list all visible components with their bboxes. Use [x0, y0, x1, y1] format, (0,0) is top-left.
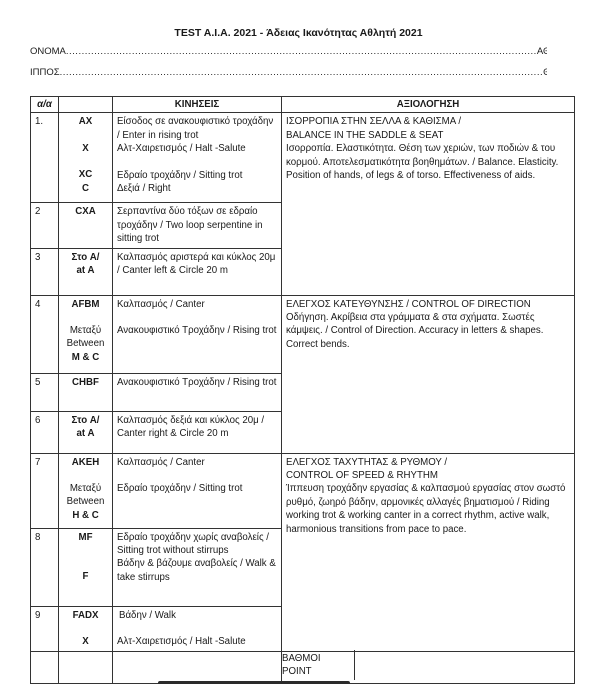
evaluation-body: Ίππευση τροχάδην εργασίας & καλπασμού ερ… [286, 482, 570, 536]
row-position: FADX X [59, 606, 113, 651]
evaluation-body: Ισορροπία. Ελαστικότητα. Θέση των χεριών… [286, 142, 570, 182]
row-number: 6 [31, 411, 59, 453]
club-label: ΑΘΛ.ΣΩΜ [537, 46, 547, 57]
row-position: AFBM Μεταξύ Between M & C [59, 295, 113, 373]
row-position: Στο A/ at A [59, 248, 113, 295]
score-sheet-table: α/α ΚΙΝΗΣΕΙΣ ΑΞΙΟΛΟΓΗΣΗ 1. AX X XC C Είσ… [30, 96, 575, 684]
evaluation-heading-en: BALANCE IN THE SADDLE & SEAT [286, 129, 570, 142]
evaluation-speed-rhythm: ΕΛΕΓΧΟΣ ΤΑΧΥΤΗΤΑΣ & ΡΥΘΜΟΥ / CONTROL OF … [282, 453, 575, 651]
row-number: 2 [31, 203, 59, 248]
evaluation-heading: ΕΛΕΓΧΟΣ ΚΑΤΕΥΘΥΝΣΗΣ / CONTROL OF DIRECTI… [286, 298, 570, 311]
points-label-gr: ΒΑΘΜΟΙ [282, 652, 350, 665]
position-between: Μεταξύ Between [63, 482, 108, 509]
points-blank-pos [59, 651, 113, 683]
points-row: ΒΑΘΜΟΙ POINT [31, 651, 575, 683]
horse-label: ΙΠΠΟΣ [30, 67, 60, 78]
name-field[interactable]: ........................................… [66, 46, 537, 57]
position-letters: F [63, 570, 108, 583]
position-letters: FADX [63, 609, 108, 622]
movement-text: Είσοδος σε ανακουφιστικό τροχάδην / Ente… [117, 115, 277, 142]
horse-field[interactable]: ........................................… [60, 67, 543, 78]
movement-text: Καλπασμός / Canter [117, 298, 277, 311]
row-movements: Καλπασμός / Canter Ανακουφιστικό Τροχάδη… [113, 295, 282, 373]
movement-text: Εδραίο τροχάδην / Sitting trot [117, 482, 277, 495]
row-position: AX X XC C [59, 113, 113, 203]
position-letters: H & C [63, 509, 108, 522]
name-club-line: ΟΝΟΜΑ...................................… [30, 46, 547, 57]
evaluation-heading-en: CONTROL OF SPEED & RHYTHM [286, 469, 570, 482]
row-number: 1. [31, 113, 59, 203]
row-position: CXA [59, 203, 113, 248]
row-number: 9 [31, 606, 59, 651]
row-movements: Ανακουφιστικό Τροχάδην / Rising trot [113, 373, 282, 411]
position-letters: XC [63, 168, 108, 181]
points-input[interactable] [355, 650, 578, 681]
row-movements: Σερπαντίνα δύο τόξων σε εδραίο τροχάδην … [113, 203, 282, 248]
row-movements: Καλπασμός αριστερά και κύκλος 20μ / Cant… [113, 248, 282, 295]
points-label: ΒΑΘΜΟΙ POINT [278, 650, 355, 681]
row-movements: Βάδην / Walk Αλτ-Χαιρετισμός / Halt -Sal… [113, 606, 282, 651]
table-row: 4 AFBM Μεταξύ Between M & C Καλπασμός / … [31, 295, 575, 373]
row-number: 7 [31, 453, 59, 528]
position-between: Μεταξύ Between [63, 324, 108, 351]
table-row: 1. AX X XC C Είσοδος σε ανακουφιστικό τρ… [31, 113, 575, 203]
evaluation-direction: ΕΛΕΓΧΟΣ ΚΑΤΕΥΘΥΝΣΗΣ / CONTROL OF DIRECTI… [282, 295, 575, 453]
row-position: MF F [59, 528, 113, 606]
header-evaluation: ΑΞΙΟΛΟΓΗΣΗ [282, 97, 575, 113]
row-number: 8 [31, 528, 59, 606]
movement-text: Βάδην & βάζουμε αναβολείς / Walk & take … [117, 557, 277, 584]
row-position: Στο A/ at A [59, 411, 113, 453]
row-movements: Εδραίο τροχάδην χωρίς αναβολείς / Sittin… [113, 528, 282, 606]
header-position [59, 97, 113, 113]
movement-text: Αλτ-Χαιρετισμός / Halt -Salute [117, 142, 277, 155]
header-no: α/α [31, 97, 59, 113]
evaluation-balance: ΙΣΟΡΡΟΠΙΑ ΣΤΗΝ ΣΕΛΛΑ & ΚΑΘΙΣΜΑ / BALANCE… [282, 113, 575, 295]
movement-text: Ανακουφιστικό Τροχάδην / Rising trot [117, 324, 277, 337]
row-movements: Καλπασμός / Canter Εδραίο τροχάδην / Sit… [113, 453, 282, 528]
evaluation-heading: ΕΛΕΓΧΟΣ ΤΑΧΥΤΗΤΑΣ & ΡΥΘΜΟΥ / [286, 456, 570, 469]
header-movements: ΚΙΝΗΣΕΙΣ [113, 97, 282, 113]
row-movements: Είσοδος σε ανακουφιστικό τροχάδην / Ente… [113, 113, 282, 203]
position-letters: AKEH [63, 456, 108, 469]
row-number: 3 [31, 248, 59, 295]
movement-text: Αλτ-Χαιρετισμός / Halt -Salute [117, 635, 277, 648]
points-blank-no [31, 651, 59, 683]
row-position: AKEH Μεταξύ Between H & C [59, 453, 113, 528]
table-row: 7 AKEH Μεταξύ Between H & C Καλπασμός / … [31, 453, 575, 528]
points-cell: ΒΑΘΜΟΙ POINT [282, 651, 575, 683]
movement-text: Εδραίο τροχάδην χωρίς αναβολείς / Sittin… [117, 531, 277, 558]
movement-text: Εδραίο τροχάδην / Sitting trot [117, 169, 277, 182]
movement-text: Δεξιά / Right [117, 182, 277, 195]
horse-judge-line: ΙΠΠΟΣ...................................… [30, 67, 547, 78]
points-blank-move [113, 651, 282, 683]
position-letters: MF [63, 531, 108, 544]
row-position: CHBF [59, 373, 113, 411]
position-letters: M & C [63, 351, 108, 364]
position-letters: AX [63, 115, 108, 128]
position-letters: C [63, 182, 108, 195]
movement-text: Καλπασμός / Canter [117, 456, 277, 469]
evaluation-heading: ΙΣΟΡΡΟΠΙΑ ΣΤΗΝ ΣΕΛΛΑ & ΚΑΘΙΣΜΑ / [286, 115, 570, 128]
row-movements: Καλπασμός δεξιά και κύκλος 20μ / Canter … [113, 411, 282, 453]
judge-label: ΘΕΣΗ ΚΡΙΤΗ [543, 67, 547, 78]
position-letters: X [63, 635, 108, 648]
points-label-en: POINT [282, 665, 350, 678]
position-letters: AFBM [63, 298, 108, 311]
evaluation-body: Οδήγηση. Ακρίβεια στα γράμματα & στα σχή… [286, 311, 570, 351]
page-title: TEST A.I.A. 2021 - Άδειας Ικανότητας Αθλ… [0, 27, 597, 39]
table-header-row: α/α ΚΙΝΗΣΕΙΣ ΑΞΙΟΛΟΓΗΣΗ [31, 97, 575, 113]
name-label: ΟΝΟΜΑ [30, 46, 66, 57]
movement-text: Βάδην / Walk [117, 609, 277, 622]
position-letters: X [63, 142, 108, 155]
row-number: 4 [31, 295, 59, 373]
row-number: 5 [31, 373, 59, 411]
